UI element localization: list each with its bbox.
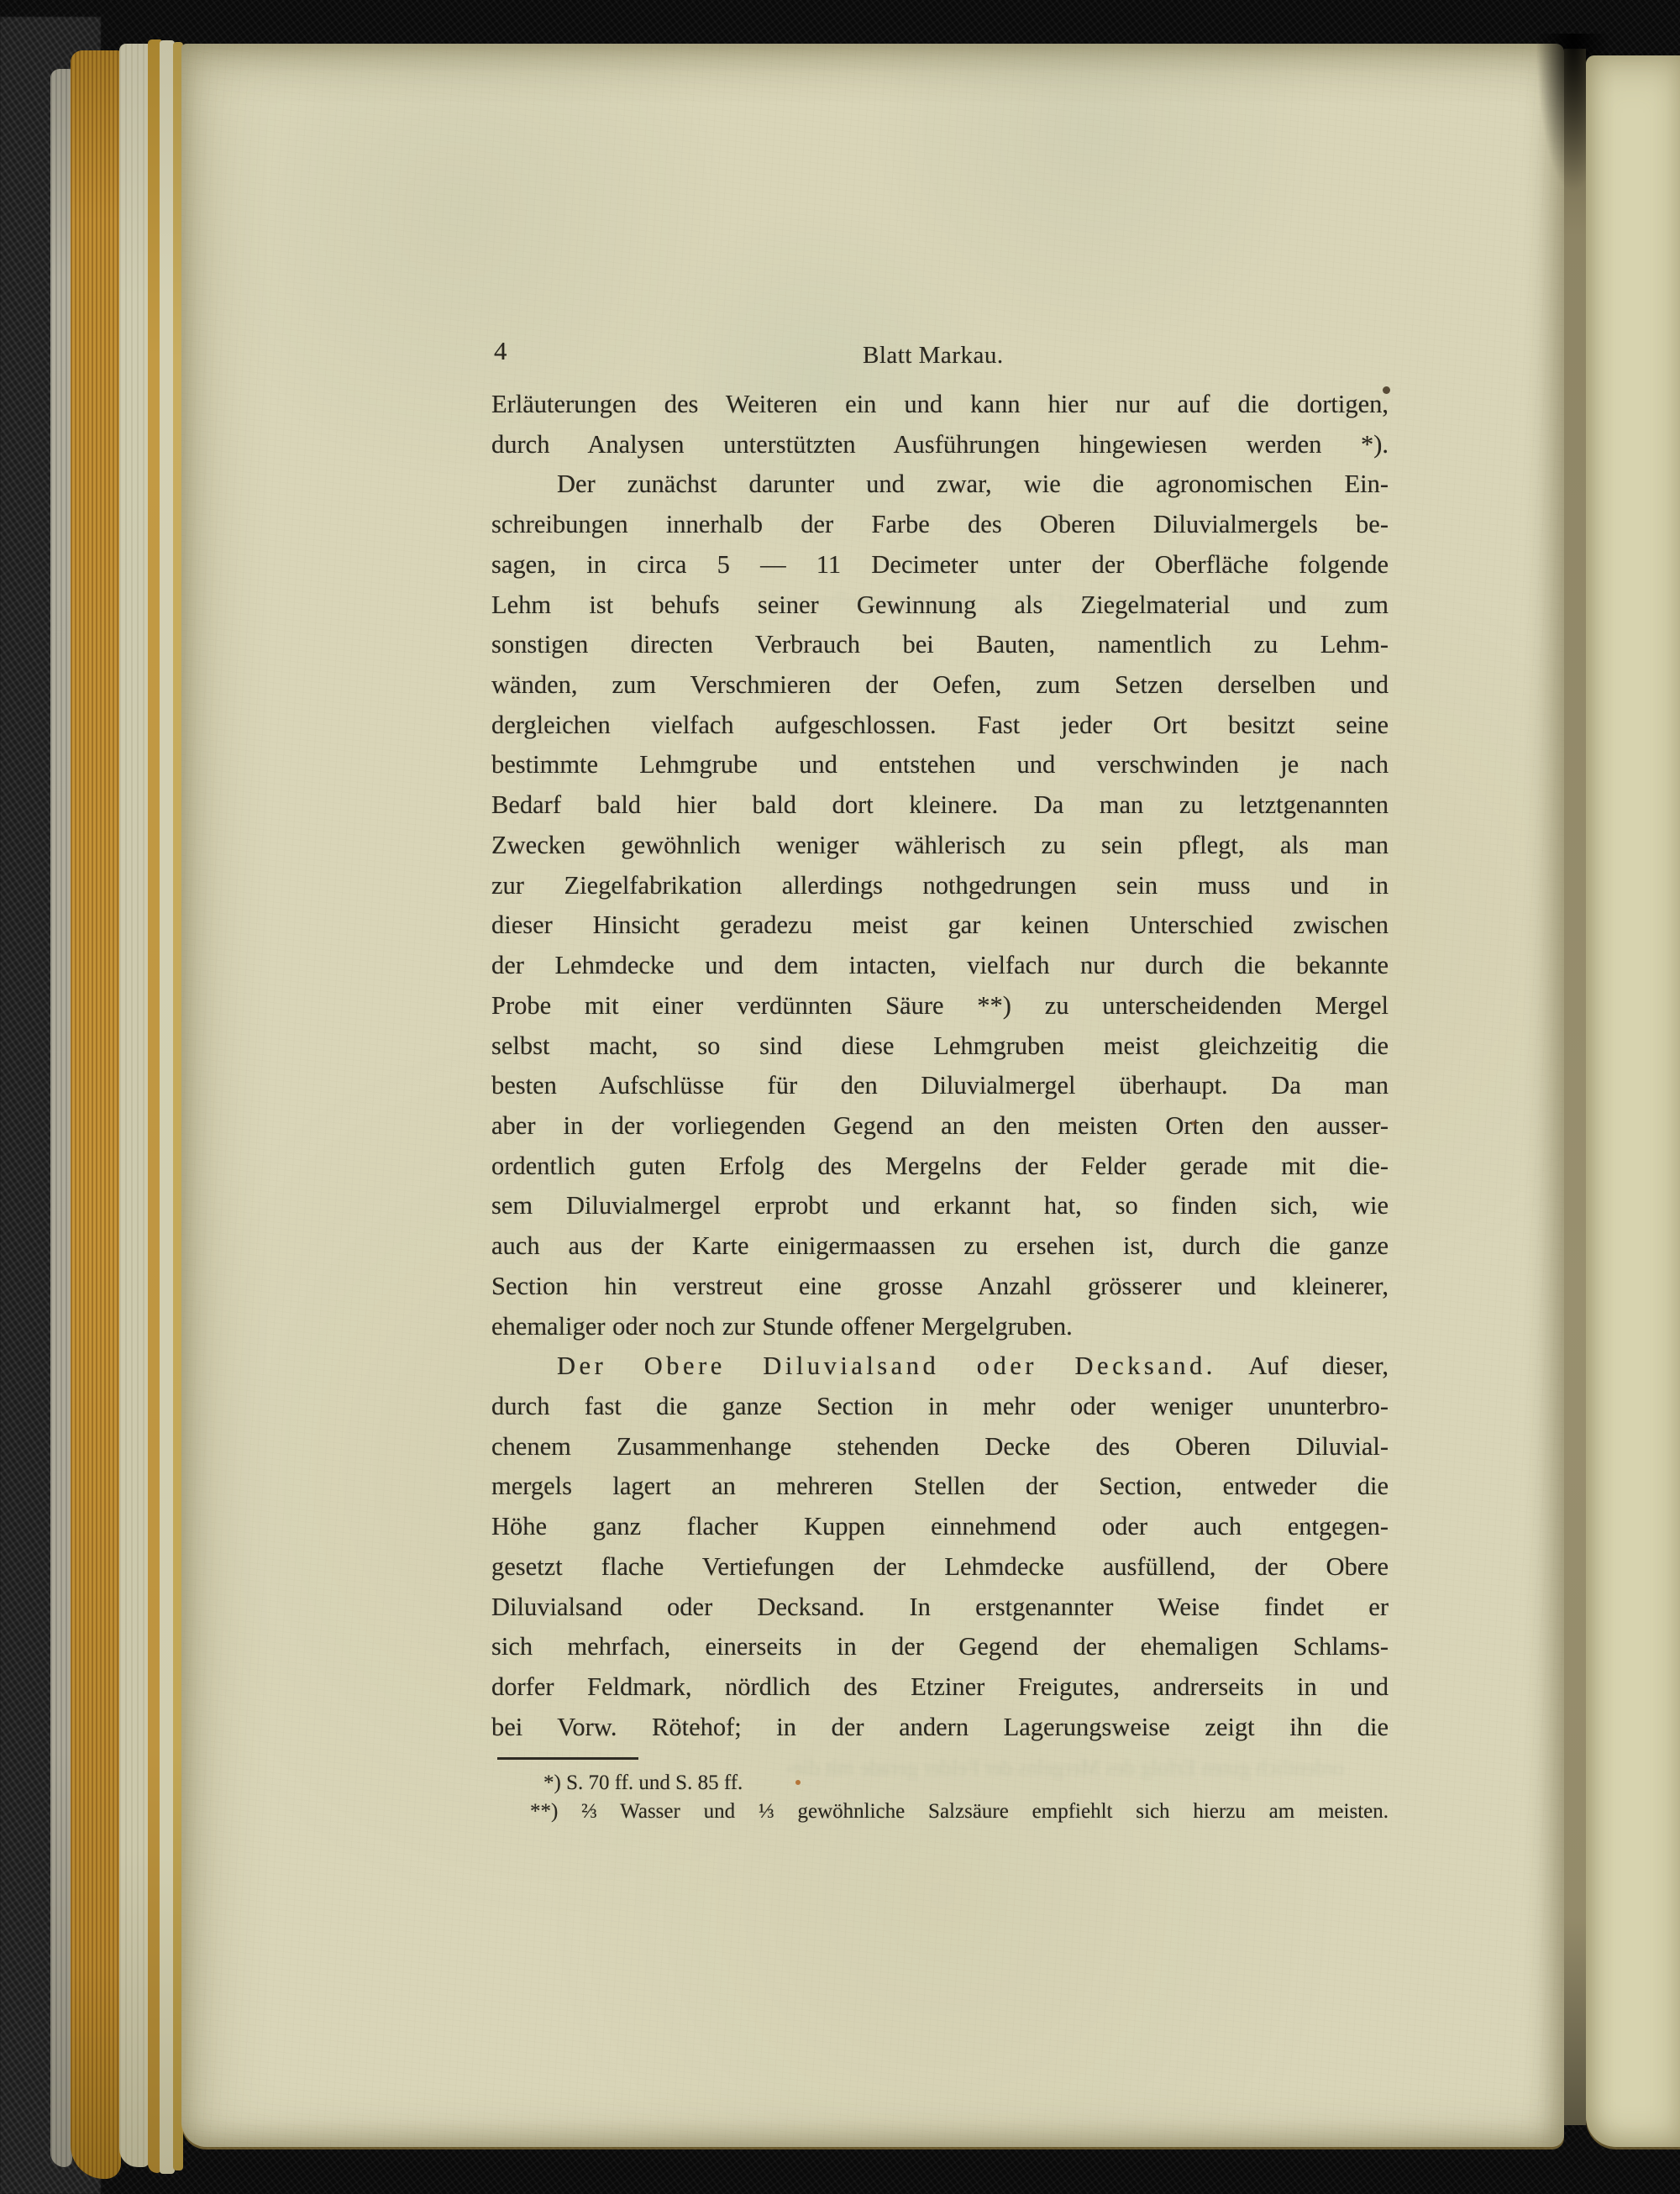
text-line: Bedarf bald hier bald dort kleinere. Da … (491, 785, 1389, 826)
paper-stain-speck (795, 1780, 801, 1785)
text-line: gesetzt flache Vertiefungen der Lehmdeck… (491, 1547, 1389, 1588)
right-page-sliver (1586, 55, 1680, 2147)
text-line: zur Ziegelfabrikation allerdings nothged… (491, 866, 1389, 906)
text-line: dergleichen vielfach aufgeschlossen. Fas… (491, 706, 1389, 746)
footnotes: *) S. 70 ff. und S. 85 ff. **) ⅔ Wasser … (491, 1769, 1389, 1826)
text-line: selbst macht, so sind diese Lehmgruben m… (491, 1026, 1389, 1067)
text-line: Section hin verstreut eine grosse Anzahl… (491, 1267, 1389, 1307)
text-line: bei Vorw. Rötehof; in der andern Lagerun… (491, 1708, 1389, 1748)
footnote: **) ⅔ Wasser und ⅓ gewöhnliche Salzsäure… (491, 1798, 1389, 1826)
page-edge-strip (119, 44, 150, 2167)
page-number: 4 (494, 331, 507, 371)
footnote: *) S. 70 ff. und S. 85 ff. (491, 1769, 1389, 1798)
text-line: Erläuterungen des Weiteren ein und kann … (491, 385, 1389, 425)
text-line: Zwecken gewöhnlich weniger wählerisch zu… (491, 826, 1389, 866)
text-line: auch aus der Karte einigermaassen zu ers… (491, 1226, 1389, 1267)
text-line: wänden, zum Verschmieren der Oefen, zum … (491, 665, 1389, 706)
page-gutter (1564, 49, 1586, 2125)
text-line: Höhe ganz flacher Kuppen einnehmend oder… (491, 1507, 1389, 1547)
text-line: sagen, in circa 5 — 11 Decimeter unter d… (491, 545, 1389, 585)
text-line: Diluvialsand oder Decksand. In erstgenan… (491, 1588, 1389, 1628)
text-line: der Lehmdecke und dem intacten, vielfach… (491, 946, 1389, 986)
spaced-emphasis-text: Der Obere Diluvialsand oder Decksand. (557, 1352, 1216, 1380)
text-line: Der zunächst darunter und zwar, wie die … (491, 465, 1389, 505)
page-edge-strip (50, 69, 72, 2167)
running-title: Blatt Markau. (863, 337, 1004, 374)
paper-stain-speck (1191, 1121, 1196, 1126)
text-line: durch Analysen unterstützten Ausführunge… (491, 425, 1389, 465)
ink-speck (1383, 386, 1390, 394)
text-line: ehemaliger oder noch zur Stunde offener … (491, 1307, 1389, 1347)
text-line: aber in der vorliegenden Gegend an den m… (491, 1106, 1389, 1147)
text-line: sonstigen directen Verbrauch bei Bauten,… (491, 625, 1389, 665)
page-edge-strip-gilt (71, 50, 121, 2179)
text-line: ordentlich guten Erfolg des Mergelns der… (491, 1147, 1389, 1187)
text-line: bestimmte Lehmgrube und entstehen und ve… (491, 745, 1389, 785)
text-line: besten Aufschlüsse für den Diluvialmerge… (491, 1066, 1389, 1106)
text-line: schreibungen innerhalb der Farbe des Obe… (491, 505, 1389, 545)
text-line: durch fast die ganze Section in mehr ode… (491, 1387, 1389, 1427)
text-line: sich mehrfach, einerseits in der Gegend … (491, 1627, 1389, 1667)
text-line: Der Obere Diluvialsand oder Decksand. Au… (491, 1346, 1389, 1387)
text-line: dieser Hinsicht geradezu meist gar keine… (491, 905, 1389, 946)
text-line: dorfer Feldmark, nördlich des Etziner Fr… (491, 1667, 1389, 1708)
footnote-separator-rule (497, 1757, 638, 1760)
text-line: Probe mit einer verdünnten Säure **) zu … (491, 986, 1389, 1026)
text-line: sem Diluvialmergel erprobt und erkannt h… (491, 1186, 1389, 1226)
show-through-text: wänden, zum Verschmieren der Oefen, zum … (504, 588, 1344, 613)
text-segment: Auf dieser, (1216, 1352, 1389, 1380)
text-line: chenem Zusammenhange stehenden Decke des… (491, 1427, 1389, 1467)
text-line: mergels lagert an mehreren Stellen der S… (491, 1467, 1389, 1507)
